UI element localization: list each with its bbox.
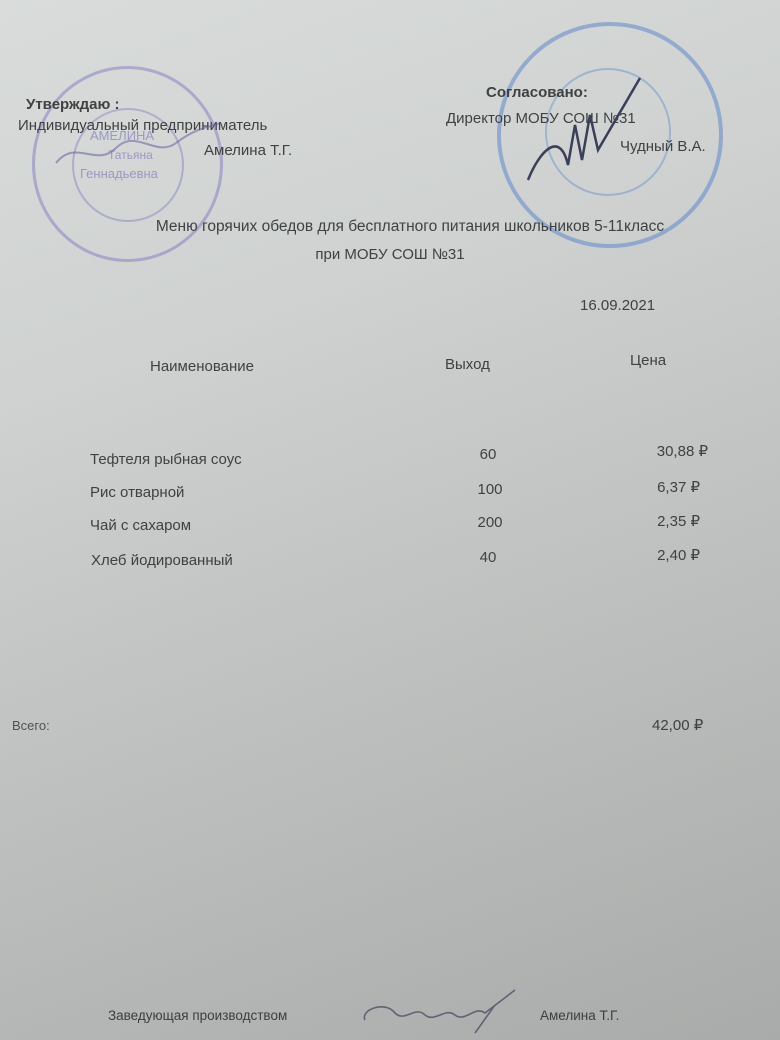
row-yield: 200 — [450, 514, 530, 531]
total-value: 42,00 ₽ — [652, 716, 703, 734]
menu-title: Меню горячих обедов для бесплатного пита… — [0, 218, 780, 236]
signature-footer — [355, 985, 525, 1035]
row-yield: 60 — [448, 446, 528, 463]
footer-role: Заведующая производством — [108, 1008, 287, 1023]
menu-title-line1: Меню горячих обедов для бесплатного пита… — [156, 218, 664, 235]
menu-date: 16.09.2021 — [580, 297, 655, 314]
row-yield: 100 — [450, 481, 530, 498]
row-price: 30,88 ₽ — [588, 442, 708, 460]
row-name: Рис отварной — [90, 484, 184, 501]
menu-subtitle: при МОБУ СОШ №31 — [0, 246, 780, 263]
row-name: Тефтеля рыбная соус — [90, 451, 242, 468]
column-header-name: Наименование — [150, 358, 254, 375]
row-price: 2,35 ₽ — [580, 512, 700, 530]
signature-right — [520, 70, 650, 190]
row-name: Чай с сахаром — [90, 517, 191, 534]
signature-left — [36, 118, 226, 178]
total-label: Всего: — [12, 718, 50, 733]
column-header-yield: Выход — [445, 356, 490, 373]
row-name: Хлеб йодированный — [91, 552, 233, 569]
column-header-price: Цена — [630, 352, 666, 369]
footer-name: Амелина Т.Г. — [540, 1008, 619, 1023]
row-price: 6,37 ₽ — [580, 478, 700, 496]
row-yield: 40 — [448, 549, 528, 566]
row-price: 2,40 ₽ — [580, 546, 700, 564]
approval-heading: Утверждаю : — [26, 96, 119, 113]
